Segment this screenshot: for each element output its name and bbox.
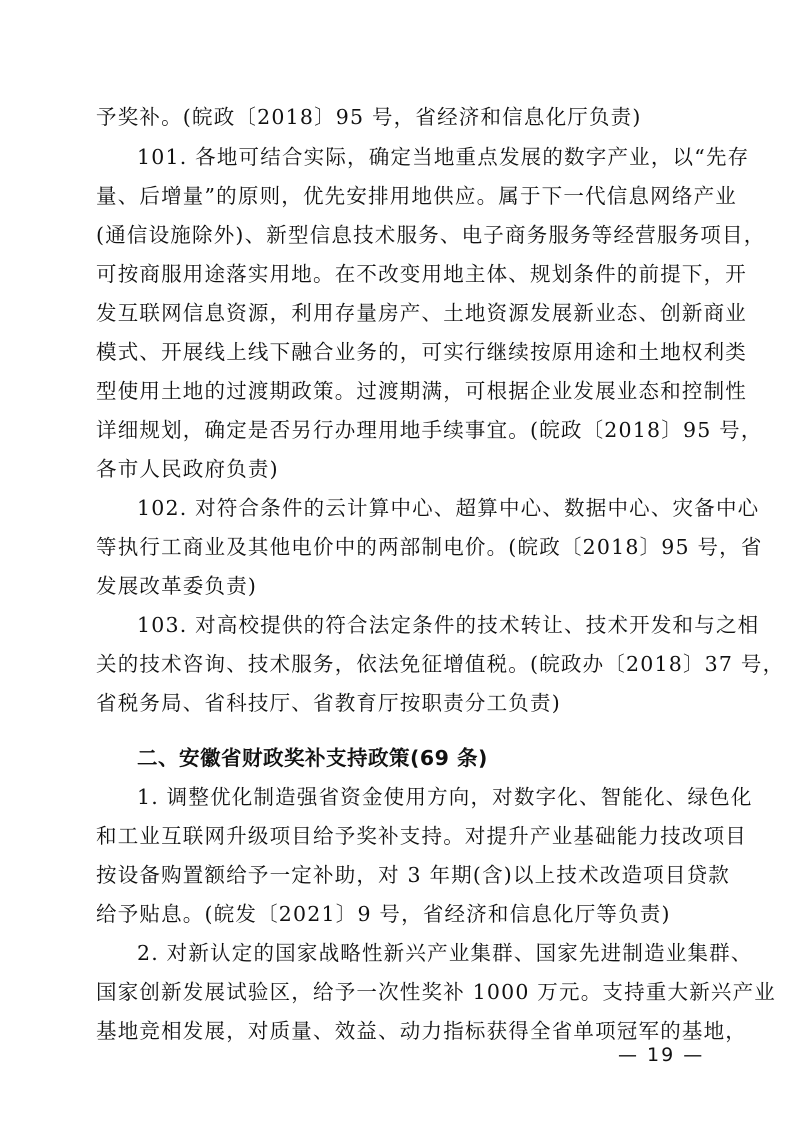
text-line: 103. 对高校提供的符合法定条件的技术转让、技术开发和与之相 xyxy=(137,613,700,637)
text-line: 102. 对符合条件的云计算中心、超算中心、数据中心、灾备中心 xyxy=(137,496,700,520)
page-number: — 19 — xyxy=(618,1044,704,1066)
document-page: 予奖补。(皖政〔2018〕95 号，省经济和信息化厅负责)101. 各地可结合实… xyxy=(0,0,793,1122)
text-line: 量、后增量”的原则，优先安排用地供应。属于下一代信息网络产业 xyxy=(96,184,700,208)
text-line: 可按商服用途落实用地。在不改变用地主体、规划条件的前提下，开 xyxy=(96,262,700,286)
section-heading: 二、安徽省财政奖补支持政策(69 条) xyxy=(137,746,700,770)
text-line: 等执行工商业及其他电价中的两部制电价。(皖政〔2018〕95 号，省 xyxy=(96,535,700,559)
text-line: 国家创新发展试验区，给予一次性奖补 1000 万元。支持重大新兴产业 xyxy=(96,980,700,1004)
text-line: 各市人民政府负责) xyxy=(96,457,700,481)
text-line: 发展改革委负责) xyxy=(96,574,700,598)
text-line: 基地竞相发展，对质量、效益、动力指标获得全省单项冠军的基地， xyxy=(96,1019,700,1043)
text-line: (通信设施除外)、新型信息技术服务、电子商务服务等经营服务项目， xyxy=(96,223,700,247)
text-line: 1. 调整优化制造强省资金使用方向，对数字化、智能化、绿色化 xyxy=(137,785,700,809)
text-line: 模式、开展线上线下融合业务的，可实行继续按原用途和土地权利类 xyxy=(96,340,700,364)
text-line: 101. 各地可结合实际，确定当地重点发展的数字产业，以“先存 xyxy=(137,145,700,169)
text-line: 关的技术咨询、技术服务，依法免征增值税。(皖政办〔2018〕37 号， xyxy=(96,652,700,676)
text-line: 发互联网信息资源，利用存量房产、土地资源发展新业态、创新商业 xyxy=(96,301,700,325)
text-line: 省税务局、省科技厅、省教育厅按职责分工负责) xyxy=(96,691,700,715)
text-line: 按设备购置额给予一定补助，对 3 年期(含)以上技术改造项目贷款 xyxy=(96,863,700,887)
text-line: 和工业互联网升级项目给予奖补支持。对提升产业基础能力技改项目 xyxy=(96,824,700,848)
text-line: 详细规划，确定是否另行办理用地手续事宜。(皖政〔2018〕95 号， xyxy=(96,418,700,442)
text-line: 给予贴息。(皖发〔2021〕9 号，省经济和信息化厅等负责) xyxy=(96,902,700,926)
text-line: 予奖补。(皖政〔2018〕95 号，省经济和信息化厅负责) xyxy=(96,105,700,129)
text-line: 2. 对新认定的国家战略性新兴产业集群、国家先进制造业集群、 xyxy=(137,941,700,965)
text-line: 型使用土地的过渡期政策。过渡期满，可根据企业发展业态和控制性 xyxy=(96,379,700,403)
